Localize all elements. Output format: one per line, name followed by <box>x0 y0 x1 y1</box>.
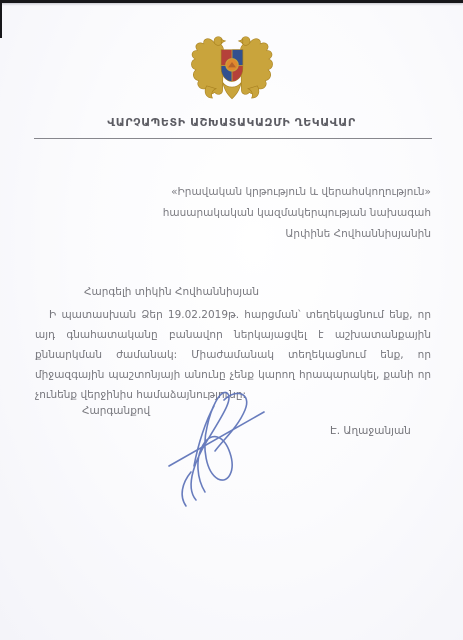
letterhead-divider <box>34 138 432 139</box>
handwritten-signature <box>166 386 270 510</box>
addressee-organization-role: հասարակական կազմակերպության նախագահ <box>163 203 431 224</box>
scan-left-edge <box>0 0 2 38</box>
armenia-coat-of-arms-icon <box>185 27 279 107</box>
letter-page: ՎԱՐՉԱՊԵՏԻ ԱՇԽԱՏԱԿԱԶՄԻ ՂԵԿԱՎԱՐ «Իրավական … <box>0 0 463 640</box>
addressee-organization-quote: «Իրավական կրթություն և վերահսկողություն» <box>163 182 431 203</box>
signer-name: Է. Աղաջանյան <box>330 425 411 437</box>
valediction: Հարգանքով <box>82 405 150 417</box>
addressee-block: «Իրավական կրթություն և վերահսկողություն»… <box>163 182 431 245</box>
letterhead-title: ՎԱՐՉԱՊԵՏԻ ԱՇԽԱՏԱԿԱԶՄԻ ՂԵԿԱՎԱՐ <box>0 116 463 129</box>
scan-top-edge <box>0 0 463 3</box>
salutation: Հարգելի տիկին Հովհաննիսյան <box>84 286 259 298</box>
addressee-person-name: Արփինե Հովհաննիսյանին <box>163 224 431 245</box>
